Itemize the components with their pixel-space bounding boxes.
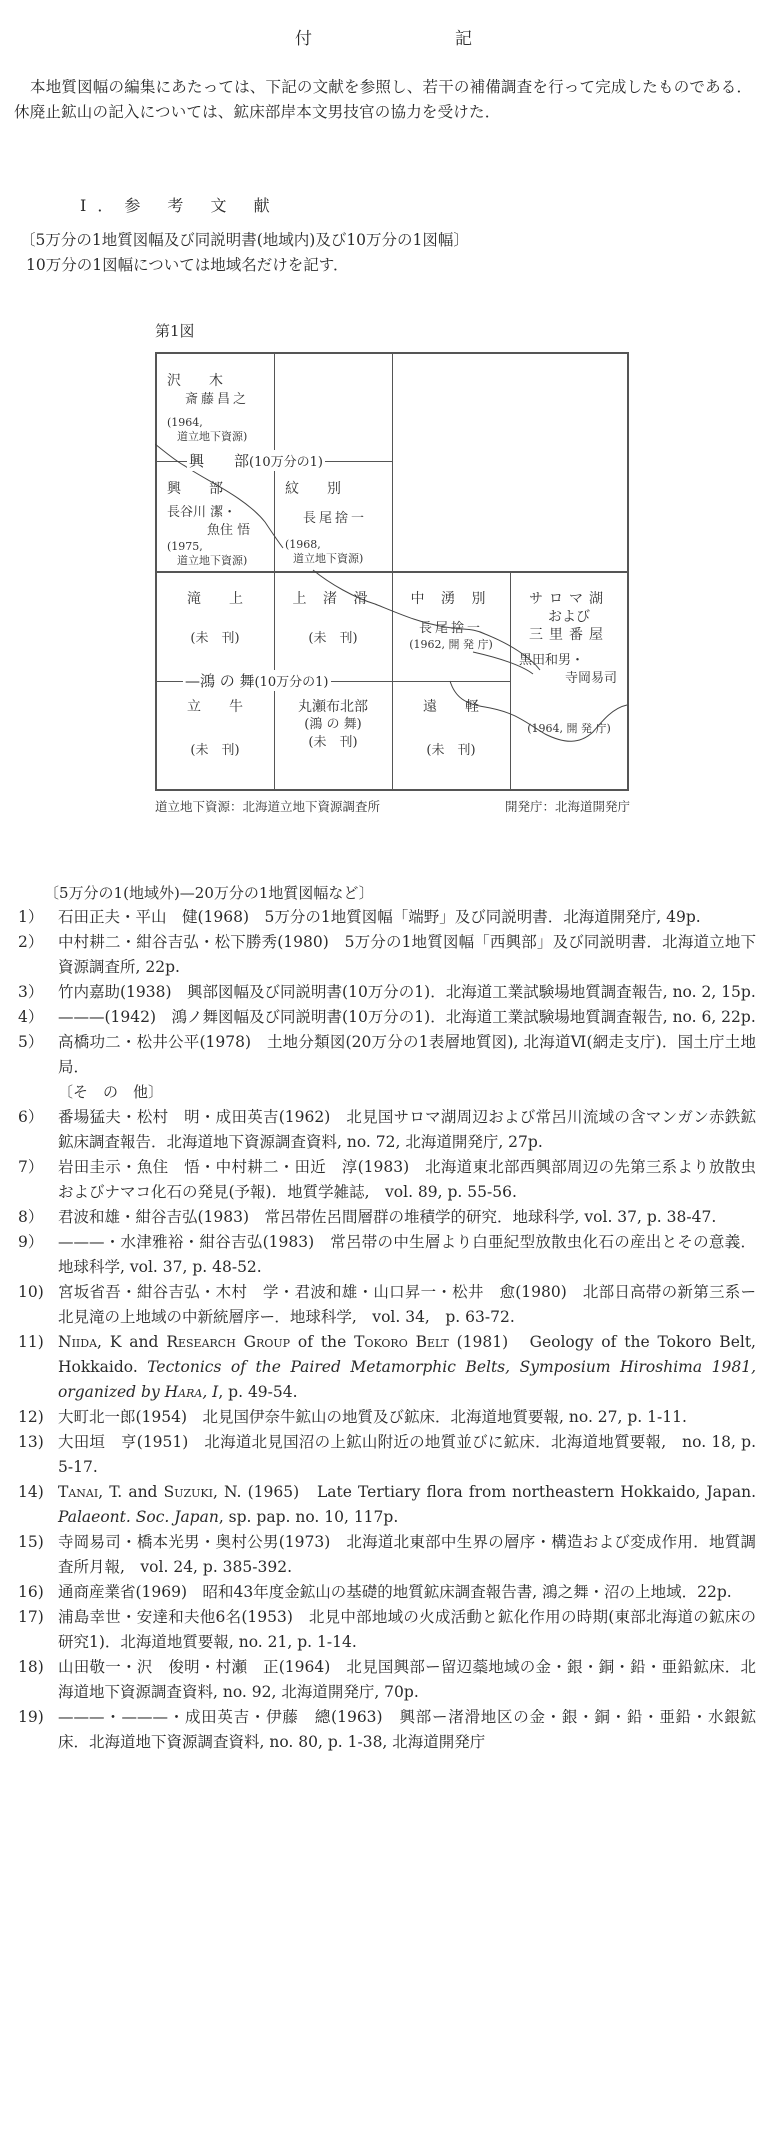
cell-pub: (1962, 開 発 庁) bbox=[395, 638, 507, 652]
ref-text: 岩田圭示・魚住 悟・中村耕二・田近 淳(1983) 北海道東北部西興部周辺の先第… bbox=[58, 1155, 756, 1205]
cell-name: 紋 別 bbox=[285, 480, 385, 498]
ref-text: 君波和雄・紺谷吉弘(1983) 常呂帯佐呂間層群の堆積学的研究．地球科学, vo… bbox=[58, 1205, 756, 1230]
cell-name: 中 湧 別 bbox=[395, 590, 507, 608]
subheading-outside: 〔5万分の1(地域外)—20万分の1地質図幅など〕 bbox=[44, 882, 374, 903]
ref-text: 石田正夫・平山 健(1968) 5万分の1地質図幅「端野」及び同説明書．北海道開… bbox=[58, 905, 756, 930]
reference-item: 4）———(1942) 鴻ノ舞図幅及び同説明書(10万分の1)．北海道工業試験場… bbox=[0, 1005, 774, 1030]
cell-monbetsu: 紋 別 長尾捨一 (1968, 道立地下資源) bbox=[285, 480, 385, 566]
intro-paragraph: 本地質図幅の編集にあたっては、下記の文献を参照し、若干の補備調査を行って完成した… bbox=[14, 75, 766, 125]
ref-text: 大町北一郎(1954) 北見国伊奈牛鉱山の地質及び鉱床．北海道地質要報, no.… bbox=[58, 1405, 756, 1430]
ref-number: 2） bbox=[18, 930, 56, 955]
ref-text: 高橋功二・松井公平(1978) 土地分類図(20万分の1表層地質図), 北海道Ⅵ… bbox=[58, 1030, 756, 1080]
cell-name: 立 牛 bbox=[163, 698, 267, 716]
reference-item: 8）君波和雄・紺谷吉弘(1983) 常呂帯佐呂間層群の堆積学的研究．地球科学, … bbox=[0, 1205, 774, 1230]
cell-name: 丸瀬布北部 bbox=[279, 698, 387, 716]
reference-item: 10)宮坂省吾・紺谷吉弘・木村 学・君波和雄・山口昇一・松井 愈(1980) 北… bbox=[0, 1280, 774, 1330]
cell-name: 沢 木 bbox=[167, 372, 267, 390]
cell-author: 長尾捨一 bbox=[285, 510, 385, 528]
ref-number: 3） bbox=[18, 980, 56, 1005]
ref-text: Niida, K and Research Group of the Tokor… bbox=[58, 1330, 756, 1405]
ref-number: 12) bbox=[18, 1405, 56, 1430]
reference-item: 14) Tanai, T. and Suzuki, N. (1965) Late… bbox=[0, 1480, 774, 1530]
caption-legend-right: 開発庁：北海道開発庁 bbox=[505, 797, 630, 815]
cell-pub: 道立地下資源) bbox=[167, 430, 267, 444]
ref-text: 寺岡易司・橋本光男・奥村公男(1973) 北海道北東部中生界の層序・構造および変… bbox=[58, 1530, 756, 1580]
cell-kamishokotsu: 上 渚 滑 (未 刊) bbox=[279, 590, 387, 648]
ref-text: 浦島幸世・安達和夫他6名(1953) 北見中部地域の火成活動と鉱化作用の時期(東… bbox=[58, 1605, 756, 1655]
cell-name: サロマ湖 bbox=[513, 590, 625, 608]
reference-item: 15)寺岡易司・橋本光男・奥村公男(1973) 北海道北東部中生界の層序・構造お… bbox=[0, 1530, 774, 1580]
reference-item: 19)———・———・成田英吉・伊藤 總(1963) 興部ー渚滑地区の金・銀・銅… bbox=[0, 1705, 774, 1755]
ref-text: 通商産業省(1969) 昭和43年度金鉱山の基礎的地質鉱床調査報告書, 鴻之舞・… bbox=[58, 1580, 756, 1605]
ref-number: 5） bbox=[18, 1030, 56, 1055]
cell-sawaki: 沢 木 斎藤昌之 (1964, 道立地下資源) bbox=[167, 372, 267, 444]
band-scale: (10万分の1) bbox=[255, 675, 329, 690]
ref-text-part: , T. and bbox=[98, 1483, 163, 1501]
ref-number: 10) bbox=[18, 1280, 56, 1305]
cell-pub: (1964, bbox=[167, 416, 267, 430]
ref-number: 4） bbox=[18, 1005, 56, 1030]
cell-name: 興 部 bbox=[167, 480, 271, 498]
ref-text-part: , p. 49-54. bbox=[218, 1383, 297, 1401]
title-char-2: 記 bbox=[455, 24, 472, 49]
ref-author: Tanai bbox=[58, 1483, 98, 1501]
cell-name: 遠 軽 bbox=[399, 698, 503, 716]
ref-journal: Tectonics of the Paired Metamorphic Belt… bbox=[58, 1358, 756, 1401]
note-100k: 10万分の1図幅については地域名だけを記す． bbox=[26, 253, 349, 275]
cell-status: (未 刊) bbox=[279, 630, 387, 648]
ref-text: 中村耕二・紺谷吉弘・松下勝秀(1980) 5万分の1地質図幅「西興部」及び同説明… bbox=[58, 930, 756, 980]
reference-item: 7）岩田圭示・魚住 悟・中村耕二・田近 淳(1983) 北海道東北部西興部周辺の… bbox=[0, 1155, 774, 1205]
ref-number: 17) bbox=[18, 1605, 56, 1630]
ref-text: 山田敬一・沢 俊明・村瀬 正(1964) 北見国興部ー留辺蘂地域の金・銀・銅・鉛… bbox=[58, 1655, 756, 1705]
ref-text-part: of the bbox=[290, 1333, 354, 1351]
section-heading: I．参 考 文 献 bbox=[80, 193, 281, 216]
band-name: 興 部 bbox=[189, 452, 249, 470]
title-char-1: 付 bbox=[295, 24, 312, 49]
reference-item: 11) Niida, K and Research Group of the T… bbox=[0, 1330, 774, 1405]
ref-text: 宮坂省吾・紺谷吉弘・木村 学・君波和雄・山口昇一・松井 愈(1980) 北部日高… bbox=[58, 1280, 756, 1330]
band-label-okoppe: 興 部(10万分の1) bbox=[187, 450, 325, 471]
reference-item: 9）———・水津雅裕・紺谷吉弘(1983) 常呂帯の中生層より白亜紀型放散虫化石… bbox=[0, 1230, 774, 1280]
ref-editor: Hara bbox=[165, 1383, 203, 1401]
ref-number: 14) bbox=[18, 1480, 56, 1505]
subheading-map-sheets: 〔5万分の1地質図幅及び同説明書(地域内)及び10万分の1図幅〕 bbox=[20, 228, 469, 250]
band-label-konomai: —鴻 の 舞(10万分の1) bbox=[183, 670, 331, 691]
ref-author: Tokoro Belt bbox=[354, 1333, 449, 1351]
ref-author: Suzuki bbox=[164, 1483, 213, 1501]
ref-number: 11) bbox=[18, 1330, 56, 1355]
reference-item: 3）竹内嘉助(1938) 興部図幅及び同説明書(10万分の1)．北海道工業試験場… bbox=[0, 980, 774, 1005]
ref-text: 竹内嘉助(1938) 興部図幅及び同説明書(10万分の1)．北海道工業試験場地質… bbox=[58, 980, 756, 1005]
ref-number: 19) bbox=[18, 1705, 56, 1730]
cell-maruseppu: 丸瀬布北部 (鴻 の 舞) (未 刊) bbox=[279, 698, 387, 752]
reference-list: 1）石田正夫・平山 健(1968) 5万分の1地質図幅「端野」及び同説明書．北海… bbox=[0, 905, 774, 1755]
cell-tatsuushi: 立 牛 (未 刊) bbox=[163, 698, 267, 760]
cell-name: 三里番屋 bbox=[513, 626, 625, 644]
cell-status: (未 刊) bbox=[163, 742, 267, 760]
cell-author: 斎藤昌之 bbox=[167, 390, 267, 410]
cell-okoppe: 興 部 長谷川 潔・ 魚住 悟 (1975, 道立地下資源) bbox=[167, 480, 271, 568]
ref-text-part: , sp. pap. no. 10, 117p. bbox=[219, 1508, 398, 1526]
figure-caption: 道立地下資源：北海道立地下資源調査所 開発庁：北海道開発庁 bbox=[155, 797, 630, 815]
cell-engaru: 遠 軽 (未 刊) bbox=[399, 698, 503, 760]
cell-name: および bbox=[513, 608, 625, 626]
cell-name: 上 渚 滑 bbox=[279, 590, 387, 608]
cell-author: 魚住 悟 bbox=[167, 522, 271, 540]
reference-item: 13)大田垣 亨(1951) 北海道北見国沼の上鉱山附近の地質並びに鉱床．北海道… bbox=[0, 1430, 774, 1480]
caption-legend-left: 道立地下資源：北海道立地下資源調査所 bbox=[155, 799, 380, 814]
ref-author: Research Group bbox=[166, 1333, 290, 1351]
subheading-other: 〔そ の 他〕 bbox=[0, 1080, 774, 1105]
ref-number: 15) bbox=[18, 1530, 56, 1555]
ref-author: Niida bbox=[58, 1333, 97, 1351]
cell-pub: (1975, bbox=[167, 540, 271, 554]
ref-number: 18) bbox=[18, 1655, 56, 1680]
ref-number: 9） bbox=[18, 1230, 56, 1255]
cell-pub: 道立地下資源) bbox=[285, 552, 385, 566]
cell-author: 寺岡易司 bbox=[513, 670, 625, 688]
ref-text-part: , K and bbox=[97, 1333, 166, 1351]
reference-item: 5）高橋功二・松井公平(1978) 土地分類図(20万分の1表層地質図), 北海… bbox=[0, 1030, 774, 1080]
cell-status: (未 刊) bbox=[399, 742, 503, 760]
reference-item: 17)浦島幸世・安達和夫他6名(1953) 北見中部地域の火成活動と鉱化作用の時… bbox=[0, 1605, 774, 1655]
band-scale: (10万分の1) bbox=[249, 455, 323, 470]
ref-number: 6） bbox=[18, 1105, 56, 1130]
ref-text: 大田垣 亨(1951) 北海道北見国沼の上鉱山附近の地質並びに鉱床．北海道地質要… bbox=[58, 1430, 756, 1480]
cell-author: 黒田和男・ bbox=[513, 652, 625, 670]
reference-item: 1）石田正夫・平山 健(1968) 5万分の1地質図幅「端野」及び同説明書．北海… bbox=[0, 905, 774, 930]
reference-item: 2）中村耕二・紺谷吉弘・松下勝秀(1980) 5万分の1地質図幅「西興部」及び同… bbox=[0, 930, 774, 980]
figure-index-map: 興 部(10万分の1) —鴻 の 舞(10万分の1) 沢 木 斎藤昌之 (196… bbox=[155, 352, 629, 791]
ref-text: ———・———・成田英吉・伊藤 總(1963) 興部ー渚滑地区の金・銀・銅・鉛・… bbox=[58, 1705, 756, 1755]
cell-pub: (1964, 開 発 庁) bbox=[513, 722, 625, 736]
cell-status: (未 刊) bbox=[279, 734, 387, 752]
ref-text: 番場猛夫・松村 明・成田英吉(1962) 北見国サロマ湖周辺および常呂川流域の含… bbox=[58, 1105, 756, 1155]
ref-number: 1） bbox=[18, 905, 56, 930]
cell-name: 滝 上 bbox=[163, 590, 267, 608]
cell-saroma: サロマ湖 および 三里番屋 黒田和男・ 寺岡易司 (1964, 開 発 庁) bbox=[513, 590, 625, 736]
ref-text: ———(1942) 鴻ノ舞図幅及び同説明書(10万分の1)．北海道工業試験場地質… bbox=[58, 1005, 756, 1030]
ref-number: 8） bbox=[18, 1205, 56, 1230]
band-name: 鴻 の 舞 bbox=[200, 672, 255, 690]
reference-item: 18)山田敬一・沢 俊明・村瀬 正(1964) 北見国興部ー留辺蘂地域の金・銀・… bbox=[0, 1655, 774, 1705]
cell-pub: (1968, bbox=[285, 538, 385, 552]
reference-item: 16)通商産業省(1969) 昭和43年度金鉱山の基礎的地質鉱床調査報告書, 鴻… bbox=[0, 1580, 774, 1605]
cell-nakayubetsu: 中 湧 別 長尾捨一 (1962, 開 発 庁) bbox=[395, 590, 507, 652]
ref-text: ———・水津雅裕・紺谷吉弘(1983) 常呂帯の中生層より白亜紀型放散虫化石の産… bbox=[58, 1230, 756, 1280]
figure-label: 第1図 bbox=[155, 320, 195, 341]
reference-item: 12)大町北一郎(1954) 北見国伊奈牛鉱山の地質及び鉱床．北海道地質要報, … bbox=[0, 1405, 774, 1430]
ref-number: 7） bbox=[18, 1155, 56, 1180]
cell-author: 長谷川 潔・ bbox=[167, 504, 271, 522]
ref-number: 13) bbox=[18, 1430, 56, 1455]
cell-author: 長尾捨一 bbox=[395, 620, 507, 638]
ref-editor: , I bbox=[202, 1383, 218, 1401]
ref-number: 16) bbox=[18, 1580, 56, 1605]
ref-text-part: , N. (1965) Late Tertiary flora from nor… bbox=[213, 1483, 756, 1501]
cell-pub: 道立地下資源) bbox=[167, 554, 271, 568]
cell-alt-name: (鴻 の 舞) bbox=[279, 716, 387, 734]
ref-text: Tanai, T. and Suzuki, N. (1965) Late Ter… bbox=[58, 1480, 756, 1530]
cell-takinoue: 滝 上 (未 刊) bbox=[163, 590, 267, 648]
cell-status: (未 刊) bbox=[163, 630, 267, 648]
ref-journal: Palaeont. Soc. Japan bbox=[58, 1508, 219, 1526]
reference-item: 6）番場猛夫・松村 明・成田英吉(1962) 北見国サロマ湖周辺および常呂川流域… bbox=[0, 1105, 774, 1155]
